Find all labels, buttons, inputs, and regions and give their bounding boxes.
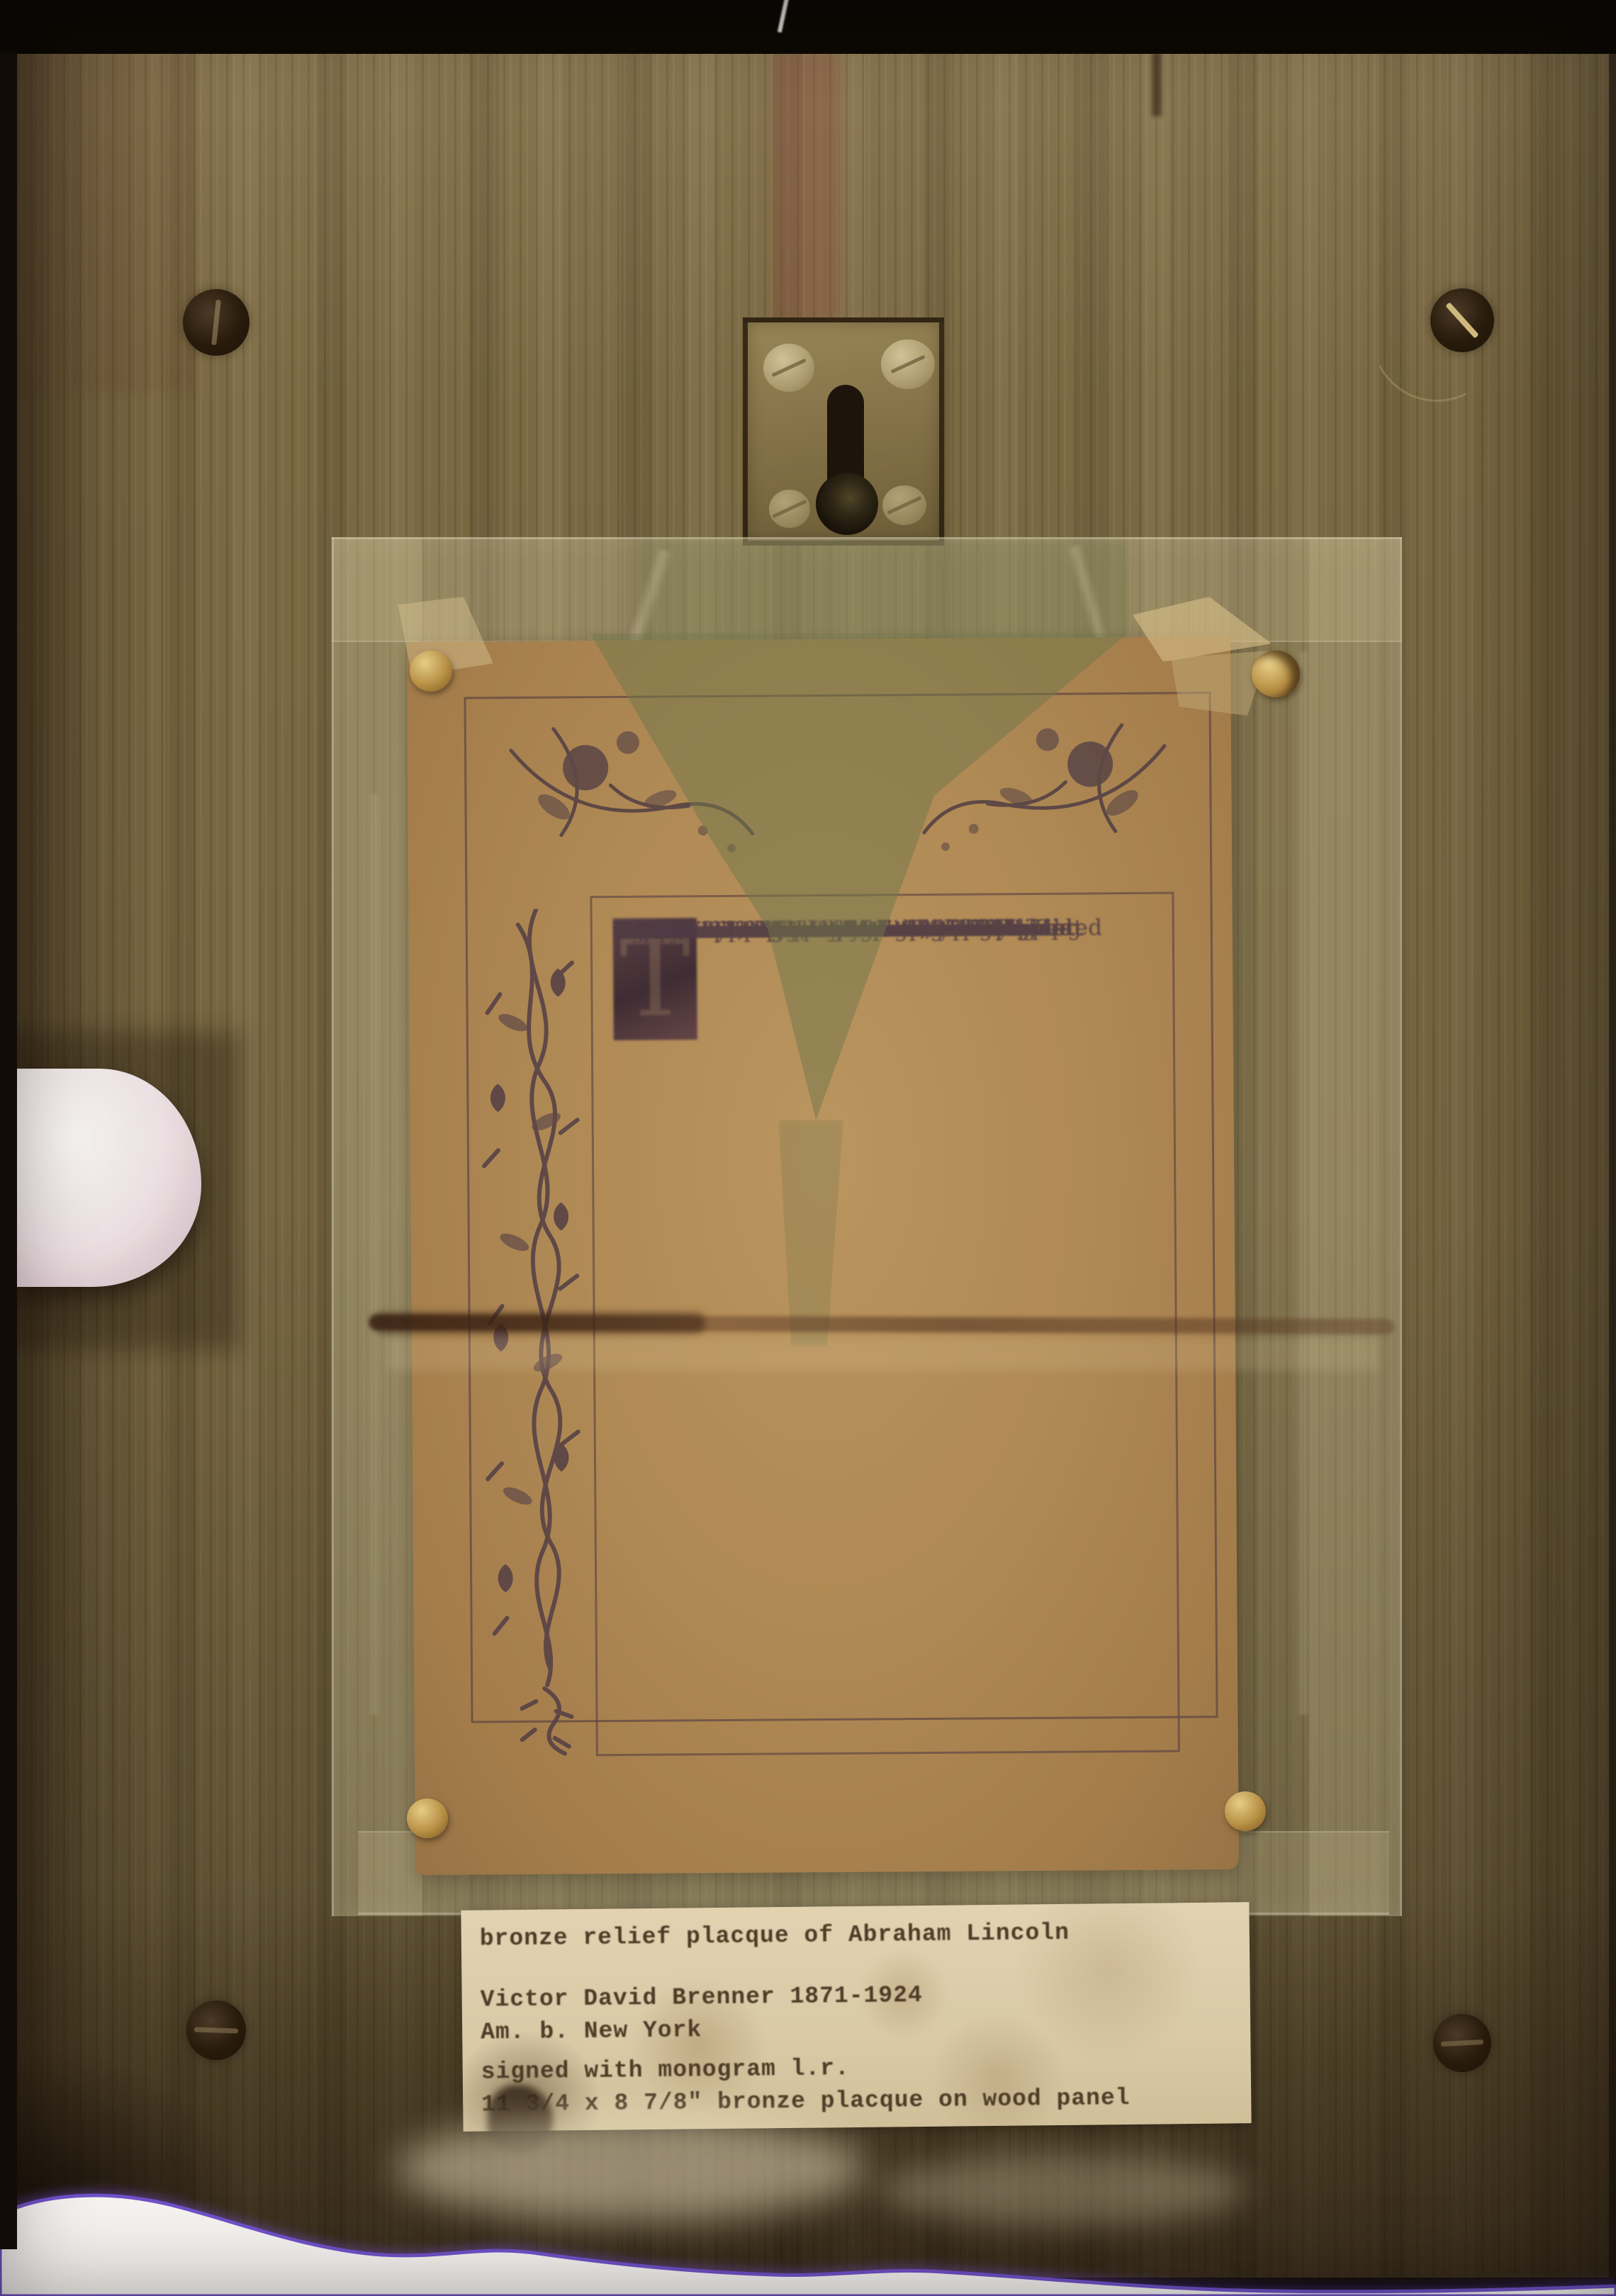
tape-strip-right xyxy=(1310,537,1402,1916)
brass-pin-bottom-left-icon xyxy=(407,1799,448,1838)
plate-screw-icon xyxy=(769,490,810,528)
plate-screw-icon xyxy=(881,339,935,389)
typed-catalog-label: bronze relief placque of Abraham Lincoln… xyxy=(461,1902,1251,2132)
lizard-ornament-icon xyxy=(522,1688,572,1753)
wood-grain-dark-streak xyxy=(1152,52,1162,116)
photograph-back-of-plaque: T HIS panel is executed in cast bronze d… xyxy=(0,0,1616,2296)
panel-screw-top-right-icon xyxy=(1430,288,1494,352)
plate-screw-icon xyxy=(763,344,814,392)
plastic-wrinkle xyxy=(369,794,380,1715)
label-text-line: in existence. xyxy=(613,916,758,946)
film-border-left xyxy=(0,52,17,2249)
light-flare xyxy=(0,2154,1616,2296)
brass-pin-top-right-icon xyxy=(1252,651,1300,697)
panel-screw-bottom-left-icon xyxy=(186,2000,246,2060)
panel-screw-top-left-icon xyxy=(183,289,249,356)
keyhole-slot-icon xyxy=(816,473,878,535)
wood-grain-maroon-streaks xyxy=(17,52,194,393)
plastic-wrinkle xyxy=(1297,652,1310,1715)
panel-screw-bottom-right-icon xyxy=(1433,2014,1491,2072)
plastic-crease-highlight xyxy=(386,1338,1379,1371)
plastic-crease-dark-blob xyxy=(372,1312,705,1334)
brass-pin-top-left-icon xyxy=(410,651,452,692)
wood-grain-pink-streak xyxy=(773,52,840,318)
brass-pin-bottom-right-icon xyxy=(1225,1791,1266,1831)
film-border-right xyxy=(1609,52,1616,2278)
film-border-top xyxy=(0,0,1616,54)
keyhole-hanger-plate xyxy=(743,317,944,546)
plate-screw-icon xyxy=(882,485,926,525)
plastic-fold-tint xyxy=(638,540,1127,636)
